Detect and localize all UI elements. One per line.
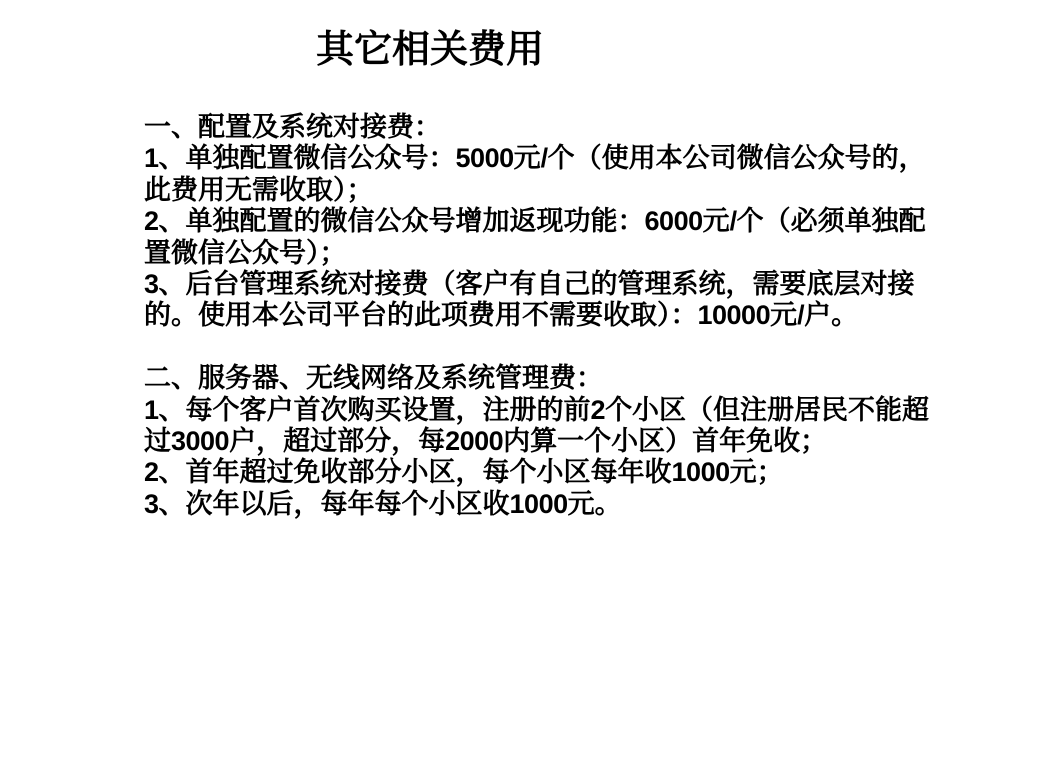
text-line: 的。使用本公司平台的此项费用不需要收取）：10000元/户。: [144, 300, 934, 331]
text-line: 2、单独配置的微信公众号增加返现功能：6000元/个（必须单独配: [144, 206, 934, 237]
text-line: 此费用无需收取）；: [144, 175, 934, 206]
text-line: 置微信公众号）；: [144, 238, 934, 269]
text-line: 3、后台管理系统对接费（客户有自己的管理系统，需要底层对接: [144, 269, 934, 300]
slide: 其它相关费用 一、配置及系统对接费： 1、单独配置微信公众号：5000元/个（使…: [0, 0, 1037, 775]
page-title: 其它相关费用: [316, 28, 544, 72]
text-line: 2、首年超过免收部分小区，每个小区每年收1000元；: [144, 457, 934, 488]
text-line: 1、每个客户首次购买设置，注册的前2个小区（但注册居民不能超: [144, 395, 934, 426]
section-server-fees: 二、服务器、无线网络及系统管理费： 1、每个客户首次购买设置，注册的前2个小区（…: [144, 363, 934, 520]
text-line: 3、次年以后，每年每个小区收1000元。: [144, 489, 934, 520]
text-line: 1、单独配置微信公众号：5000元/个（使用本公司微信公众号的，: [144, 143, 934, 174]
section-config-fees: 一、配置及系统对接费： 1、单独配置微信公众号：5000元/个（使用本公司微信公…: [144, 112, 934, 332]
body-text: 一、配置及系统对接费： 1、单独配置微信公众号：5000元/个（使用本公司微信公…: [144, 112, 934, 520]
section-heading: 一、配置及系统对接费：: [144, 112, 934, 143]
section-heading: 二、服务器、无线网络及系统管理费：: [144, 363, 934, 394]
text-line: 过3000户，超过部分，每2000内算一个小区）首年免收；: [144, 426, 934, 457]
